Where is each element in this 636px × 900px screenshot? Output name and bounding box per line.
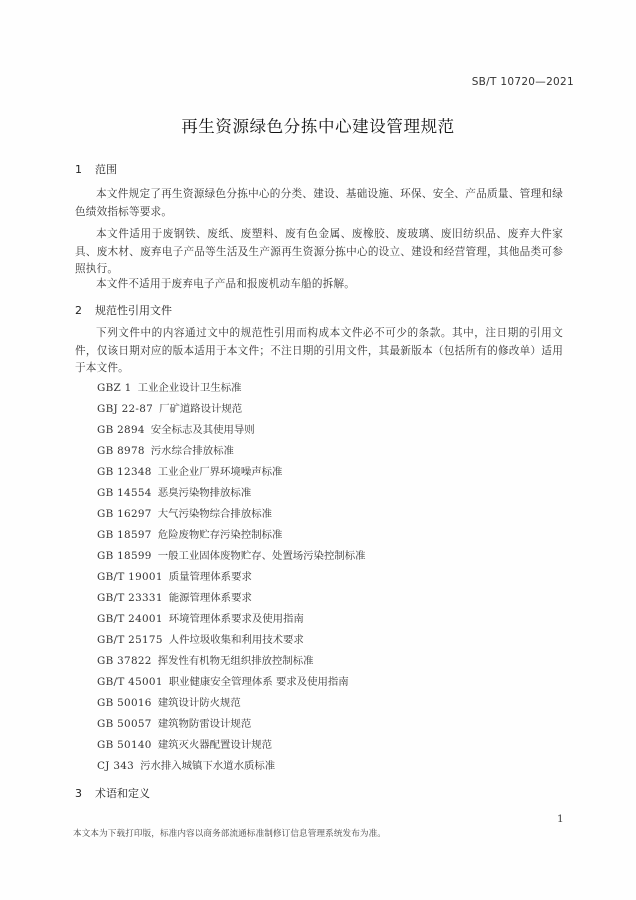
section-number: 1 xyxy=(75,163,95,176)
scope-paragraph-3: 本文件不适用于废弃电子产品和报废机动车船的拆解。 xyxy=(75,276,563,294)
reference-item: GB 50016建筑设计防火规范 xyxy=(97,693,366,714)
section-heading-terms-and-definitions: 3术语和定义 xyxy=(75,785,150,801)
section-heading-scope: 1范围 xyxy=(75,161,117,177)
reference-code: GB 16297 xyxy=(97,508,152,520)
reference-list: GBZ 1工业企业设计卫生标准 GBJ 22-87厂矿道路设计规范 GB 289… xyxy=(97,378,366,777)
reference-title: 能源管理体系要求 xyxy=(169,592,252,604)
reference-title: 建筑物防雷设计规范 xyxy=(158,718,252,730)
reference-item: CJ 343污水排入城镇下水道水质标准 xyxy=(97,756,366,777)
reference-title: 工业企业厂界环境噪声标准 xyxy=(158,466,283,478)
reference-item: GB 8978污水综合排放标准 xyxy=(97,441,366,462)
document-page: SB/T 10720—2021 再生资源绿色分拣中心建设管理规范 1范围 本文件… xyxy=(0,0,636,900)
reference-code: GB 18599 xyxy=(97,550,152,562)
reference-item: GB 18599一般工业固体废物贮存、处置场污染控制标准 xyxy=(97,546,366,567)
reference-title: 环境管理体系要求及使用指南 xyxy=(169,613,304,625)
section-number: 2 xyxy=(75,304,95,317)
reference-item: GB 2894安全标志及其使用导则 xyxy=(97,420,366,441)
reference-item: GB/T 45001职业健康安全管理体系 要求及使用指南 xyxy=(97,672,366,693)
reference-title: 质量管理体系要求 xyxy=(169,571,252,583)
reference-item: GBJ 22-87厂矿道路设计规范 xyxy=(97,399,366,420)
reference-title: 一般工业固体废物贮存、处置场污染控制标准 xyxy=(158,550,366,562)
reference-code: GB 18597 xyxy=(97,529,152,541)
reference-item: GB 16297大气污染物综合排放标准 xyxy=(97,504,366,525)
reference-code: GB 2894 xyxy=(97,424,145,436)
reference-code: GB 12348 xyxy=(97,466,152,478)
section-title: 规范性引用文件 xyxy=(95,304,172,317)
reference-title: 安全标志及其使用导则 xyxy=(151,424,255,436)
reference-code: GB 14554 xyxy=(97,487,152,499)
reference-item: GB 50057建筑物防雷设计规范 xyxy=(97,714,366,735)
reference-code: GB 50057 xyxy=(97,718,152,730)
reference-code: GBJ 22-87 xyxy=(97,403,153,415)
reference-title: 工业企业设计卫生标准 xyxy=(138,382,242,394)
section-title: 术语和定义 xyxy=(95,787,150,800)
reference-title: 危险废物贮存污染控制标准 xyxy=(158,529,283,541)
reference-item: GB/T 19001质量管理体系要求 xyxy=(97,567,366,588)
section-heading-normative-references: 2规范性引用文件 xyxy=(75,302,172,318)
section-number: 3 xyxy=(75,787,95,800)
reference-code: CJ 343 xyxy=(97,760,134,772)
reference-item: GB/T 23331能源管理体系要求 xyxy=(97,588,366,609)
reference-item: GB/T 25175人件垃圾收集和利用技术要求 xyxy=(97,630,366,651)
reference-code: GB/T 23331 xyxy=(97,592,163,604)
reference-title: 大气污染物综合排放标准 xyxy=(158,508,272,520)
reference-code: GB/T 45001 xyxy=(97,676,163,688)
reference-code: GB/T 24001 xyxy=(97,613,163,625)
reference-code: GB 50016 xyxy=(97,697,152,709)
scope-paragraph-2: 本文件适用于废钢铁、废纸、废塑料、废有色金属、废橡胶、废玻璃、废旧纺织品、废弃大… xyxy=(75,226,563,279)
reference-title: 恶臭污染物排放标准 xyxy=(158,487,252,499)
reference-title: 挥发性有机物无组织排放控制标准 xyxy=(158,655,314,667)
reference-title: 建筑设计防火规范 xyxy=(158,697,241,709)
reference-code: GB 50140 xyxy=(97,739,152,751)
reference-title: 污水综合排放标准 xyxy=(151,445,234,457)
reference-title: 职业健康安全管理体系 要求及使用指南 xyxy=(169,676,349,688)
reference-item: GB 37822挥发性有机物无组织排放控制标准 xyxy=(97,651,366,672)
footer-note: 本文本为下载打印版，标准内容以商务部流通标准制修订信息管理系统发布为准。 xyxy=(73,827,386,839)
reference-title: 污水排入城镇下水道水质标准 xyxy=(140,760,275,772)
reference-item: GB 14554恶臭污染物排放标准 xyxy=(97,483,366,504)
reference-item: GBZ 1工业企业设计卫生标准 xyxy=(97,378,366,399)
reference-code: GB/T 19001 xyxy=(97,571,163,583)
standard-code: SB/T 10720—2021 xyxy=(472,76,574,88)
reference-code: GB 37822 xyxy=(97,655,152,667)
reference-title: 建筑灭火器配置设计规范 xyxy=(158,739,272,751)
reference-code: GB/T 25175 xyxy=(97,634,163,646)
reference-item: GB 12348工业企业厂界环境噪声标准 xyxy=(97,462,366,483)
page-number: 1 xyxy=(557,813,564,825)
scope-paragraph-1: 本文件规定了再生资源绿色分拣中心的分类、建设、基础设施、环保、安全、产品质量、管… xyxy=(75,186,563,221)
reference-title: 厂矿道路设计规范 xyxy=(159,403,242,415)
reference-item: GB/T 24001环境管理体系要求及使用指南 xyxy=(97,609,366,630)
section-title: 范围 xyxy=(95,163,117,176)
reference-item: GB 18597危险废物贮存污染控制标准 xyxy=(97,525,366,546)
document-title: 再生资源绿色分拣中心建设管理规范 xyxy=(0,113,636,137)
reference-code: GBZ 1 xyxy=(97,382,132,394)
reference-item: GB 50140建筑灭火器配置设计规范 xyxy=(97,735,366,756)
reference-code: GB 8978 xyxy=(97,445,145,457)
references-intro-paragraph: 下列文件中的内容通过文中的规范性引用而构成本文件必不可少的条款。其中，注日期的引… xyxy=(75,325,563,378)
reference-title: 人件垃圾收集和利用技术要求 xyxy=(169,634,304,646)
